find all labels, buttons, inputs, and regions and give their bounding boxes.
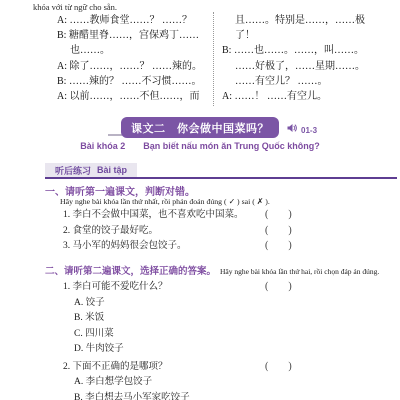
mc-option-text: A. 李白想学包饺子 — [74, 376, 152, 389]
audio-track: 01-3 — [286, 121, 317, 139]
lesson-subtitle: Bài khóa 2Bạn biết nấu món ăn Trung Quốc… — [0, 141, 400, 151]
dialogue-line: B: ……辣的？ ……不习惯……。 — [57, 74, 209, 89]
dialogue-right-column: 且……。特别是……，……极 了！ B: ……也……。……，叫……。 ……好极了，… — [222, 13, 398, 104]
dialogue-line: A: 除了……，……？ ……辣的。 — [57, 59, 209, 74]
mc-option-text: B. 米饭 — [74, 312, 104, 325]
dialogue-left-column: A: ……教师食堂……？ ……？ B: 糖醋里脊……，宫保鸡丁…… 也……。 A… — [57, 13, 209, 104]
section2-heading: 二、请听第二遍课文，选择正确的答案。 Hãy nghe bài khóa lần… — [45, 261, 379, 279]
mc-option: A. 饺子 — [0, 297, 400, 310]
mc-option: A. 李白想学包饺子 — [0, 376, 400, 389]
dialogue-line: A: ……教师食堂……？ ……？ — [57, 13, 209, 28]
tf-item-text: 2. 食堂的饺子最好吃。 — [63, 224, 158, 238]
answer-blank: ( ) — [265, 224, 292, 238]
lesson-banner: 课文二 你会做中国菜吗？ — [121, 117, 279, 138]
top-instruction-text: khóa với từ ngữ cho sẵn. — [33, 2, 117, 12]
banner-left-stub — [108, 134, 122, 136]
mc-option: D. 牛肉饺子 — [0, 343, 400, 356]
dialogue-line: 且……。特别是……，……极 — [222, 13, 398, 28]
mc-question: 1. 李白可能不爱吃什么？ ( ) — [0, 280, 400, 294]
section1-instruction-vi: Hãy nghe bài khóa lần thứ nhất, rồi phán… — [60, 197, 270, 206]
audio-track-number: 01-3 — [301, 126, 317, 135]
dialogue-line: ……好极了，……星期……。 — [222, 59, 398, 74]
answer-blank: ( ) — [265, 280, 292, 294]
mc-option: B. 李白想去马小军家吃饺子 — [0, 392, 400, 400]
exercise-section-tab: 听后练习 Bài tập — [45, 163, 137, 177]
column-divider — [213, 12, 214, 106]
answer-blank: ( ) — [265, 360, 292, 374]
tf-item: 2. 食堂的饺子最好吃。 ( ) — [0, 224, 400, 238]
tab-label-vi: Bài tập — [97, 165, 127, 175]
mc-option: C. 四川菜 — [0, 328, 400, 341]
dialogue-line: A: ……！ ……有空儿。 — [222, 89, 398, 104]
lesson-title: 课文二 你会做中国菜吗？ — [131, 120, 269, 136]
mc-option-text: D. 牛肉饺子 — [74, 343, 124, 356]
section-rule — [45, 177, 397, 179]
mc-option-text: A. 饺子 — [74, 297, 105, 310]
tab-label-zh: 听后练习 — [55, 164, 91, 177]
mc-option: B. 米饭 — [0, 312, 400, 325]
dialogue-line: A: 以前……，……不但……，而 — [57, 89, 209, 104]
lesson-subtitle-text: Bạn biết nấu món ăn Trung Quốc không? — [143, 141, 320, 151]
dialogue-line: 了！ — [222, 28, 398, 43]
mc-option-text: B. 李白想去马小军家吃饺子 — [74, 392, 190, 400]
dialogue-line: B: ……也……。……，叫……。 — [222, 43, 398, 58]
answer-blank: ( ) — [265, 208, 292, 222]
section2-heading-vi: Hãy nghe bài khóa lần thứ hai, rồi chọn … — [220, 267, 379, 276]
answer-blank: ( ) — [265, 239, 292, 253]
mc-option-text: C. 四川菜 — [74, 328, 114, 341]
section1-heading: 一、请听第一遍课文，判断对错。 — [45, 183, 195, 198]
tf-item-text: 3. 马小军的妈妈很会包饺子。 — [63, 239, 187, 253]
section2-heading-zh: 二、请听第二遍课文，选择正确的答案。 — [45, 266, 216, 277]
dialogue-line: 也……。 — [57, 43, 209, 58]
dialogue-line: ……有空儿？ ……。 — [222, 74, 398, 89]
mc-question: 2. 下面不正确的是哪项？ ( ) — [0, 360, 400, 374]
speaker-icon — [286, 121, 298, 139]
mc-question-text: 2. 下面不正确的是哪项？ — [63, 360, 168, 374]
lesson-subtitle-label: Bài khóa 2 — [80, 141, 125, 151]
tf-item: 3. 马小军的妈妈很会包饺子。 ( ) — [0, 239, 400, 253]
tf-item-text: 1. 李白不会做中国菜，也不喜欢吃中国菜。 — [63, 208, 244, 222]
tf-item: 1. 李白不会做中国菜，也不喜欢吃中国菜。 ( ) — [0, 208, 400, 222]
dialogue-line: B: 糖醋里脊……，宫保鸡丁…… — [57, 28, 209, 43]
mc-question-text: 1. 李白可能不爱吃什么？ — [63, 280, 168, 294]
